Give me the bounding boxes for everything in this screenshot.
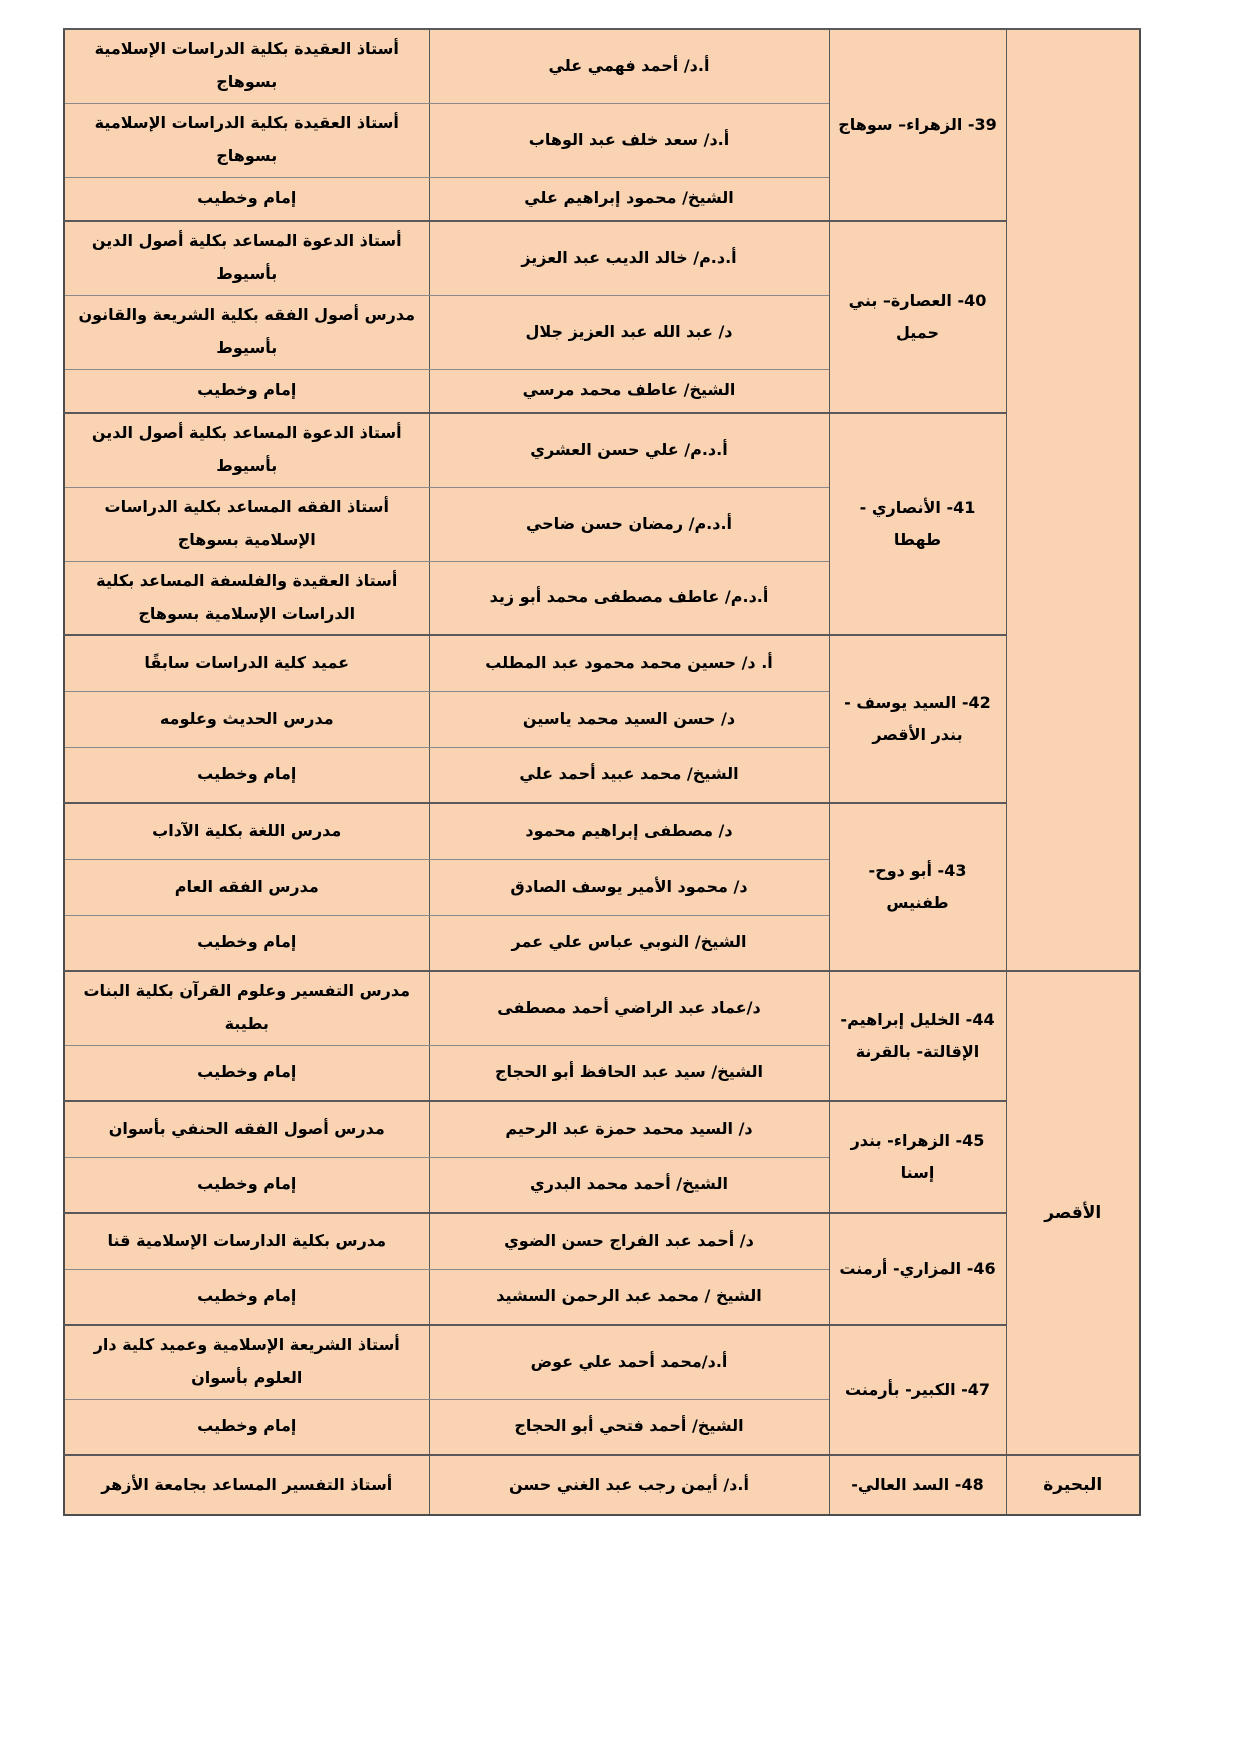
title-cell: أستاذ التفسير المساعد بجامعة الأزهر [64, 1455, 429, 1515]
title-cell: إمام وخطيب [64, 177, 429, 221]
mosque-cell: 39- الزهراء– سوهاج [829, 29, 1006, 221]
governorate-cell [1006, 29, 1140, 971]
mosque-cell: 47- الكبير- بأرمنت [829, 1325, 1006, 1455]
title-cell: إمام وخطيب [64, 369, 429, 413]
name-cell: د/عماد عبد الراضي أحمد مصطفى [429, 971, 829, 1045]
name-cell: الشيخ/ أحمد محمد البدري [429, 1157, 829, 1213]
name-cell: الشيخ/ عاطف محمد مرسي [429, 369, 829, 413]
title-cell: أستاذ الفقه المساعد بكلية الدراسات الإسل… [64, 487, 429, 561]
mosque-cell: 44- الخليل إبراهيم- الإقالتة- بالقرنة [829, 971, 1006, 1101]
governorate-cell: الأقصر [1006, 971, 1140, 1455]
title-cell: مدرس الحديث وعلومه [64, 691, 429, 747]
title-cell: أستاذ الدعوة المساعد بكلية أصول الدين بأ… [64, 413, 429, 487]
mosque-cell: 48- السد العالي- [829, 1455, 1006, 1515]
title-cell: إمام وخطيب [64, 1269, 429, 1325]
name-cell: أ.د.م/ عاطف مصطفى محمد أبو زيد [429, 561, 829, 635]
title-cell: أستاذ العقيدة بكلية الدراسات الإسلامية ب… [64, 29, 429, 103]
title-cell: إمام وخطيب [64, 1399, 429, 1455]
name-cell: أ. د/ حسين محمد محمود عبد المطلب [429, 635, 829, 691]
mosque-cell: 41- الأنصاري - طهطا [829, 413, 1006, 635]
title-cell: أستاذ العقيدة والفلسفة المساعد بكلية الد… [64, 561, 429, 635]
name-cell: الشيخ/ محمود إبراهيم علي [429, 177, 829, 221]
name-cell: د/ مصطفى إبراهيم محمود [429, 803, 829, 859]
name-cell: الشيخ/ محمد عبيد أحمد علي [429, 747, 829, 803]
governorate-cell: البحيرة [1006, 1455, 1140, 1515]
mosque-cell: 45- الزهراء- بندر إسنا [829, 1101, 1006, 1213]
title-cell: مدرس أصول الفقه الحنفي بأسوان [64, 1101, 429, 1157]
mosque-cell: 40- العصارة– بني حميل [829, 221, 1006, 413]
title-cell: مدرس التفسير وعلوم القرآن بكلية البنات ب… [64, 971, 429, 1045]
title-cell: إمام وخطيب [64, 915, 429, 971]
title-cell: إمام وخطيب [64, 747, 429, 803]
mosque-cell: 46- المزاري- أرمنت [829, 1213, 1006, 1325]
title-cell: أستاذ العقيدة بكلية الدراسات الإسلامية ب… [64, 103, 429, 177]
document-table: 39- الزهراء– سوهاج أ.د/ أحمد فهمي علي أس… [63, 28, 1141, 1516]
name-cell: أ.د.م/ رمضان حسن ضاحي [429, 487, 829, 561]
mosque-cell: 42- السيد يوسف - بندر الأقصر [829, 635, 1006, 803]
name-cell: د/ محمود الأمير يوسف الصادق [429, 859, 829, 915]
name-cell: أ.د.م/ علي حسن العشري [429, 413, 829, 487]
name-cell: الشيخ/ سيد عبد الحافظ أبو الحجاج [429, 1045, 829, 1101]
mosque-cell: 43- أبو دوح- طفنيس [829, 803, 1006, 971]
name-cell: أ.د/ أحمد فهمي علي [429, 29, 829, 103]
name-cell: د/ السيد محمد حمزة عبد الرحيم [429, 1101, 829, 1157]
name-cell: أ.د.م/ خالد الديب عبد العزيز [429, 221, 829, 295]
name-cell: أ.د/ سعد خلف عبد الوهاب [429, 103, 829, 177]
name-cell: الشيخ/ أحمد فتحي أبو الحجاج [429, 1399, 829, 1455]
name-cell: أ.د/ أيمن رجب عبد الغني حسن [429, 1455, 829, 1515]
name-cell: د/ حسن السيد محمد ياسين [429, 691, 829, 747]
title-cell: إمام وخطيب [64, 1045, 429, 1101]
name-cell: أ.د/محمد أحمد علي عوض [429, 1325, 829, 1399]
name-cell: د/ عبد الله عبد العزيز جلال [429, 295, 829, 369]
title-cell: مدرس أصول الفقه بكلية الشريعة والقانون ب… [64, 295, 429, 369]
title-cell: مدرس الفقه العام [64, 859, 429, 915]
title-cell: أستاذ الدعوة المساعد بكلية أصول الدين بأ… [64, 221, 429, 295]
name-cell: الشيخ/ النوبي عباس علي عمر [429, 915, 829, 971]
name-cell: د/ أحمد عبد الفراج حسن الضوي [429, 1213, 829, 1269]
title-cell: مدرس اللغة بكلية الآداب [64, 803, 429, 859]
title-cell: مدرس بكلية الدارسات الإسلامية قنا [64, 1213, 429, 1269]
page: 39- الزهراء– سوهاج أ.د/ أحمد فهمي علي أس… [0, 0, 1240, 1755]
title-cell: أستاذ الشريعة الإسلامية وعميد كلية دار ا… [64, 1325, 429, 1399]
title-cell: عميد كلية الدراسات سابقًا [64, 635, 429, 691]
name-cell: الشيخ / محمد عبد الرحمن السشيد [429, 1269, 829, 1325]
title-cell: إمام وخطيب [64, 1157, 429, 1213]
